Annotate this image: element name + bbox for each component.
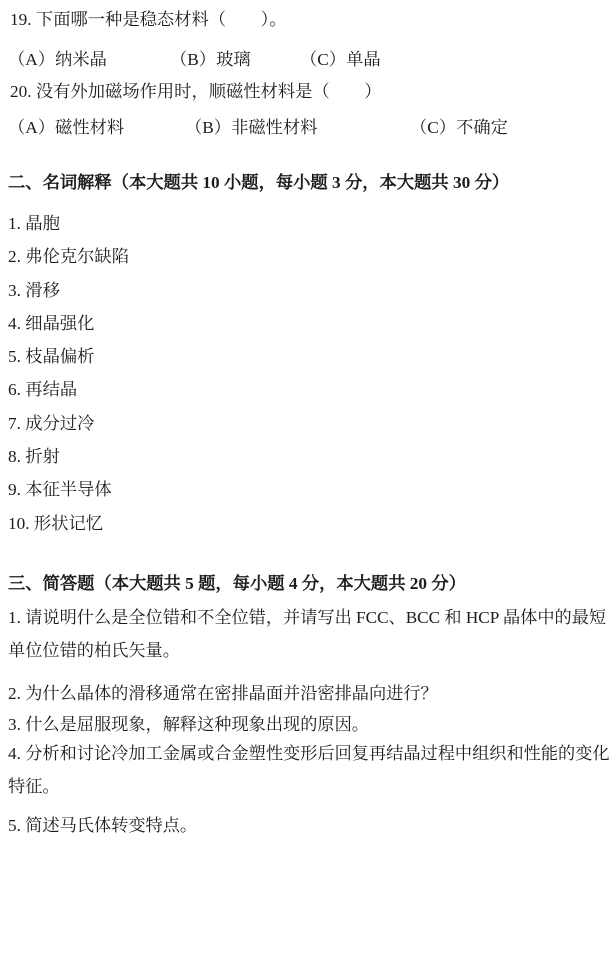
term-item-6: 6. 再结晶 <box>8 375 77 400</box>
term-item-3: 3. 滑移 <box>8 276 60 301</box>
question-20-options: （A）磁性材料 （B）非磁性材料 （C）不确定 <box>0 113 616 137</box>
term-item-1: 1. 晶胞 <box>8 209 60 234</box>
term-item-9: 9. 本征半导体 <box>8 475 112 500</box>
short-answer-question-2: 2. 为什么晶体的滑移通常在密排晶面并沿密排晶向进行？ <box>8 677 612 710</box>
term-item-7: 7. 成分过冷 <box>8 409 94 434</box>
term-item-10: 10. 形状记忆 <box>8 509 103 534</box>
question-19-stem: 19. 下面哪一种是稳态材料（ ）。 <box>10 9 287 31</box>
question-19-option-c: （C）单晶 <box>300 45 381 70</box>
term-item-4: 4. 细晶强化 <box>8 309 94 334</box>
term-item-8: 8. 折射 <box>8 442 60 467</box>
section-three-heading: 三、简答题（本大题共 5 题，每小题 4 分，本大题共 20 分） <box>8 573 466 595</box>
term-item-5: 5. 枝晶偏析 <box>8 342 94 367</box>
question-20-option-b: （B）非磁性材料 <box>185 113 318 138</box>
question-19-options: （A）纳米晶 （B）玻璃 （C）单晶 <box>0 45 616 69</box>
exam-paper-page: 19. 下面哪一种是稳态材料（ ）。 （A）纳米晶 （B）玻璃 （C）单晶 20… <box>0 0 616 957</box>
question-19-option-a: （A）纳米晶 <box>8 45 107 70</box>
short-answer-question-4: 4. 分析和讨论冷加工金属或合金塑性变形后回复再结晶过程中组织和性能的变化特征。 <box>8 737 612 803</box>
question-20-option-c: （C）不确定 <box>410 113 508 138</box>
question-20-option-a: （A）磁性材料 <box>8 113 124 138</box>
section-two-heading: 二、名词解释（本大题共 10 小题，每小题 3 分，本大题共 30 分） <box>8 172 509 194</box>
short-answer-question-5: 5. 简述马氏体转变特点。 <box>8 809 612 842</box>
question-19-option-b: （B）玻璃 <box>170 45 251 70</box>
question-20-stem: 20. 没有外加磁场作用时，顺磁性材料是（ ） <box>10 81 382 103</box>
term-item-2: 2. 弗伦克尔缺陷 <box>8 242 129 267</box>
short-answer-question-1: 1. 请说明什么是全位错和不全位错，并请写出 FCC、BCC 和 HCP 晶体中… <box>8 601 612 667</box>
